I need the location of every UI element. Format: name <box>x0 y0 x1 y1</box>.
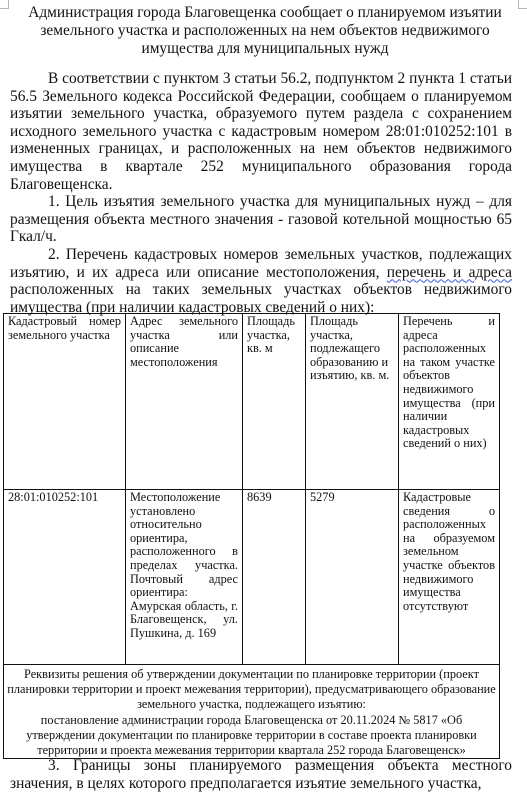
decision-cell: Реквизиты решения об утверждении докумен… <box>4 665 500 759</box>
cell-area-withdrawn: 5279 <box>306 490 399 665</box>
item-1-paragraph: 1. Цель изъятия земельного участка для м… <box>10 193 512 246</box>
grammar-flagged-text[interactable]: перечень и адреса <box>387 264 512 281</box>
cell-area: 8639 <box>243 490 306 665</box>
table-row: 28:01:010252:101 Местоположение установл… <box>4 490 500 665</box>
header-address: Адрес земельного участка или описание ме… <box>126 314 243 490</box>
page-corner-mark-left <box>0 0 9 9</box>
item-2-paragraph: 2. Перечень кадастровых номеров земельны… <box>10 246 512 316</box>
document-title: Администрация города Благовещенка сообща… <box>20 4 510 58</box>
header-objects: Перечень и адреса расположенных на таком… <box>399 314 500 490</box>
table-header-row: Кадастровый номер земельного участка Адр… <box>4 314 500 490</box>
intro-paragraph: В соответствии с пунктом 3 статьи 56.2, … <box>10 70 512 193</box>
cell-address: Местоположение установлено относительно … <box>126 490 243 665</box>
page-corner-mark-right <box>518 0 527 9</box>
header-cadastral-number: Кадастровый номер земельного участка <box>4 314 126 490</box>
cell-objects: Кадастровые сведения о расположенных на … <box>399 490 500 665</box>
decision-details: постановление администрации города Благо… <box>6 713 497 759</box>
decision-row: Реквизиты решения об утверждении докумен… <box>4 665 500 759</box>
item-2-text-end: расположенных на таких земельных участка… <box>10 281 512 316</box>
decision-heading: Реквизиты решения об утверждении докумен… <box>6 667 497 713</box>
land-plots-table: Кадастровый номер земельного участка Адр… <box>3 313 500 759</box>
item-3-paragraph: 3. Границы зоны планируемого размещения … <box>10 757 512 792</box>
header-area: Площадь участка, кв. м <box>243 314 306 490</box>
header-area-withdrawn: Площадь участка, подлежащего образованию… <box>306 314 399 490</box>
cell-cadastral-number: 28:01:010252:101 <box>4 490 126 665</box>
